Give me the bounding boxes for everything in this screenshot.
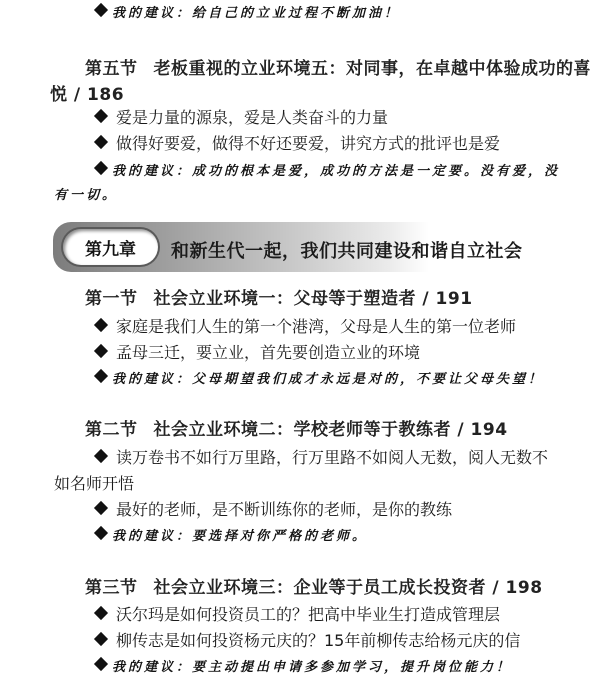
advice-text-cont: 有一切。 [54,188,118,203]
section-5-title-cont[interactable]: 悦 / 186 [50,87,124,104]
diamond-icon [94,135,108,149]
advice-text: 我的建议：父母期望我们成才永远是对的，不要让父母失望！ [112,372,544,387]
section-2-title[interactable]: 第二节社会立业环境二：学校老师等于教练者 / 194 [85,422,508,439]
section-label: 第五节 [85,59,138,79]
section-label: 第二节 [85,420,138,440]
bullet-text: 沃尔玛是如何投资员工的？把高中毕业生打造成管理层 [116,605,500,624]
advice-text: 我的建议：要主动提出申请多参加学习，提升岗位能力！ [112,660,512,675]
bullet-text: 做得好要爱，做得不好还要爱，讲究方式的批评也是爱 [116,134,500,153]
diamond-icon [94,344,108,358]
diamond-icon [94,526,108,540]
diamond-icon [94,501,108,515]
advice-text: 我的建议：成功的根本是爱，成功的方法是一定要。没有爱，没 [112,164,560,179]
bullet-text-cont: 如名师开悟 [54,474,134,493]
bullet-item: 爱是力量的源泉，爱是人类奋斗的力量 [96,110,388,126]
section-3-title[interactable]: 第三节社会立业环境三：企业等于员工成长投资者 / 198 [85,580,543,597]
diamond-icon [94,318,108,332]
bullet-text: 爱是力量的源泉，爱是人类奋斗的力量 [116,108,388,127]
section-label: 第三节 [85,578,138,598]
bullet-item: 读万卷书不如行万里路，行万里路不如阅人无数，阅人无数不 [96,450,548,466]
section-label: 第一节 [85,289,138,309]
section-5-title[interactable]: 第五节老板重视的立业环境五：对同事，在卓越中体验成功的喜 [85,61,591,78]
bullet-text: 柳传志是如何投资杨元庆的？15年前柳传志给杨元庆的信 [116,631,520,650]
chapter-title: 和新生代一起，我们共同建设和谐自立社会 [171,237,523,263]
section-title-text: 社会立业环境二：学校老师等于教练者 / 194 [154,420,508,440]
advice-line: 我的建议：父母期望我们成才永远是对的，不要让父母失望！ [96,371,544,386]
diamond-icon [94,449,108,463]
section-title-text: 老板重视的立业环境五：对同事，在卓越中体验成功的喜 [154,59,592,79]
chapter-label-pill: 第九章 [63,229,158,265]
bullet-item-cont: 如名师开悟 [54,476,134,492]
diamond-icon [94,632,108,646]
advice-line: 我的建议：要主动提出申请多参加学习，提升岗位能力！ [96,659,512,674]
section-title-text: 社会立业环境一：父母等于塑造者 / 191 [154,289,473,309]
advice-line: 我的建议：要选择对你严格的老师。 [96,528,368,543]
bullet-item: 沃尔玛是如何投资员工的？把高中毕业生打造成管理层 [96,607,500,623]
bullet-text: 读万卷书不如行万里路，行万里路不如阅人无数，阅人无数不 [116,448,548,467]
advice-line: 我的建议：给自己的立业过程不断加油！ [96,5,400,20]
bullet-text: 家庭是我们人生的第一个港湾，父母是人生的第一位老师 [116,317,516,336]
section-1-title[interactable]: 第一节社会立业环境一：父母等于塑造者 / 191 [85,291,473,308]
bullet-text: 最好的老师，是不断训练你的老师，是你的教练 [116,500,452,519]
bullet-item: 家庭是我们人生的第一个港湾，父母是人生的第一位老师 [96,319,516,335]
advice-text: 我的建议：给自己的立业过程不断加油！ [112,6,400,21]
diamond-icon [94,369,108,383]
diamond-icon [94,109,108,123]
section-title-text: 社会立业环境三：企业等于员工成长投资者 / 198 [154,578,543,598]
diamond-icon [94,606,108,620]
diamond-icon [94,3,108,17]
bullet-item: 最好的老师，是不断训练你的老师，是你的教练 [96,502,452,518]
advice-line: 我的建议：成功的根本是爱，成功的方法是一定要。没有爱，没 [96,163,560,178]
advice-text: 我的建议：要选择对你严格的老师。 [112,529,368,544]
diamond-icon [94,657,108,671]
bullet-item: 柳传志是如何投资杨元庆的？15年前柳传志给杨元庆的信 [96,633,520,649]
chapter-label: 第九章 [85,235,136,260]
bullet-item: 孟母三迁，要立业，首先要创造立业的环境 [96,345,420,361]
bullet-text: 孟母三迁，要立业，首先要创造立业的环境 [116,343,420,362]
diamond-icon [94,161,108,175]
toc-page: 我的建议：给自己的立业过程不断加油！ 第五节老板重视的立业环境五：对同事，在卓越… [0,0,600,678]
chapter-banner[interactable]: 第九章 和新生代一起，我们共同建设和谐自立社会 [53,222,523,272]
advice-line-cont: 有一切。 [54,189,118,202]
section-title-text-cont: 悦 / 186 [50,85,124,105]
bullet-item: 做得好要爱，做得不好还要爱，讲究方式的批评也是爱 [96,136,500,152]
